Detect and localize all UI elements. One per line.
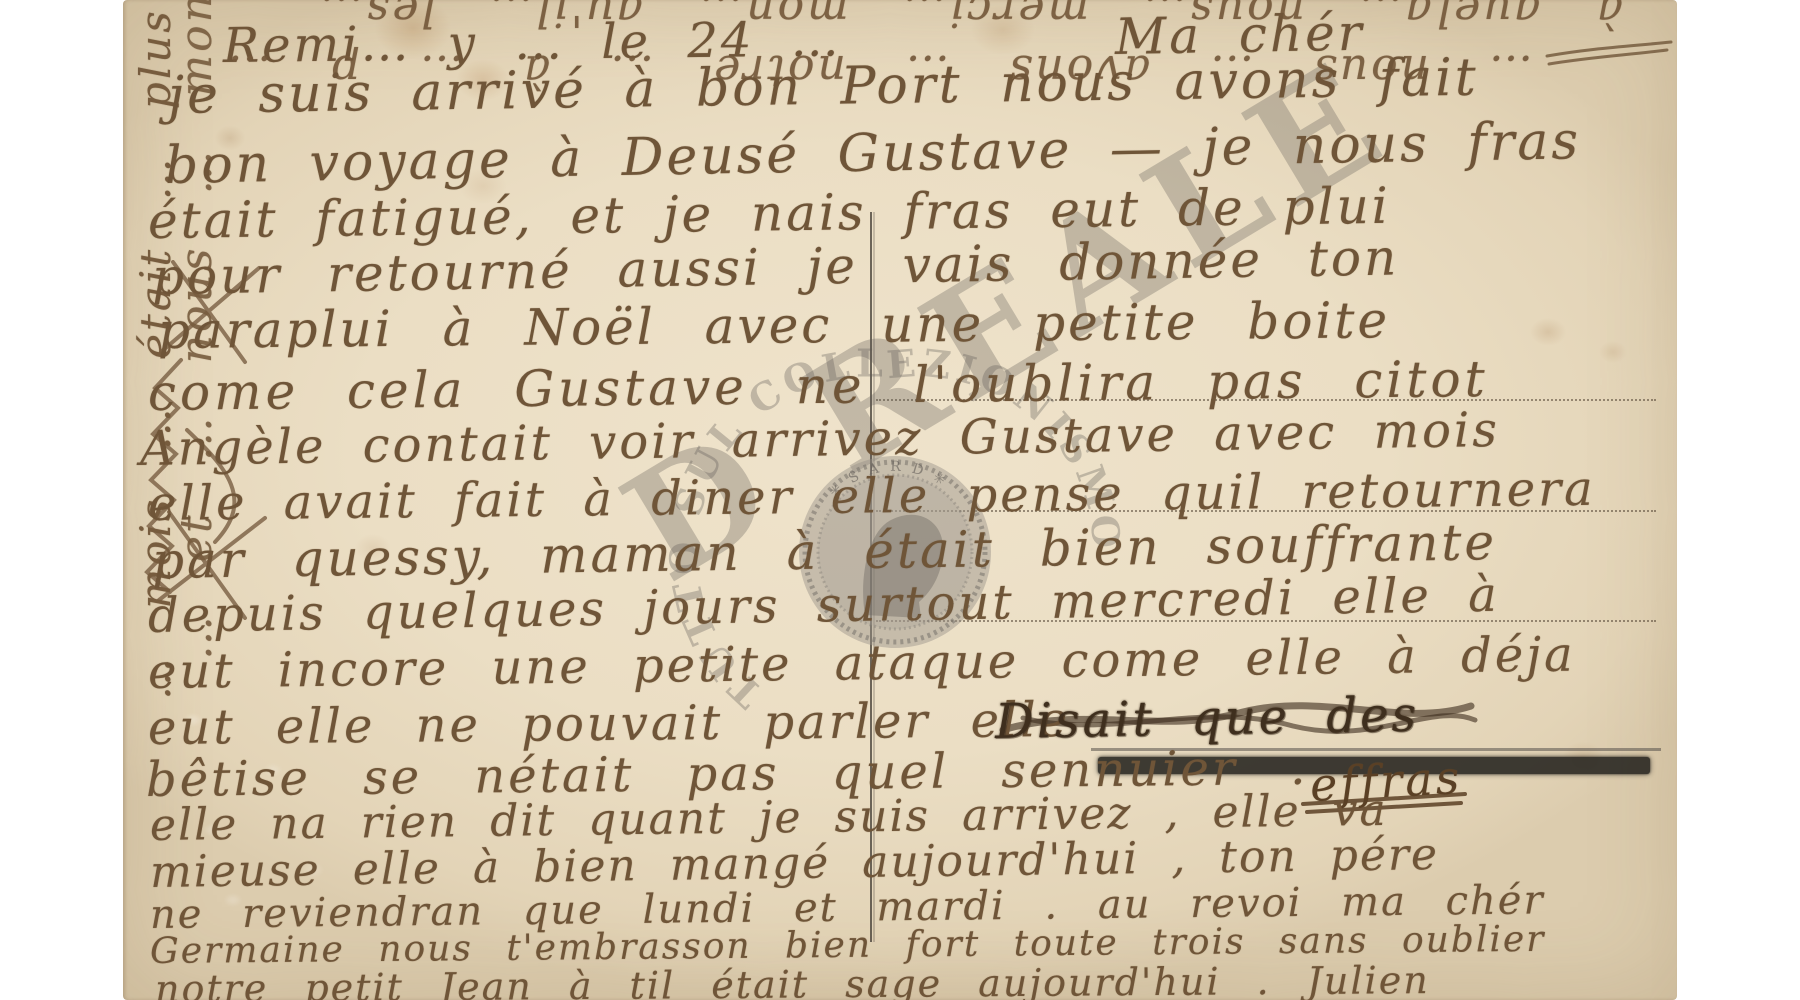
scanned-postcard-page: D REALE TUTTO SUL COLLEZIONISMO ✳ S A R …: [0, 0, 1800, 1000]
overwritten-fragment: Disait que des: [995, 691, 1420, 746]
top-right-underline-flourish: [1547, 42, 1671, 64]
handwriting-line: notre petit Jean à til était sage aujour…: [155, 961, 1430, 1000]
handwriting-line: paraplui à Noël avec une petite boite: [158, 295, 1391, 356]
postcard-paper: D REALE TUTTO SUL COLLEZIONISMO ✳ S A R …: [123, 0, 1677, 1000]
